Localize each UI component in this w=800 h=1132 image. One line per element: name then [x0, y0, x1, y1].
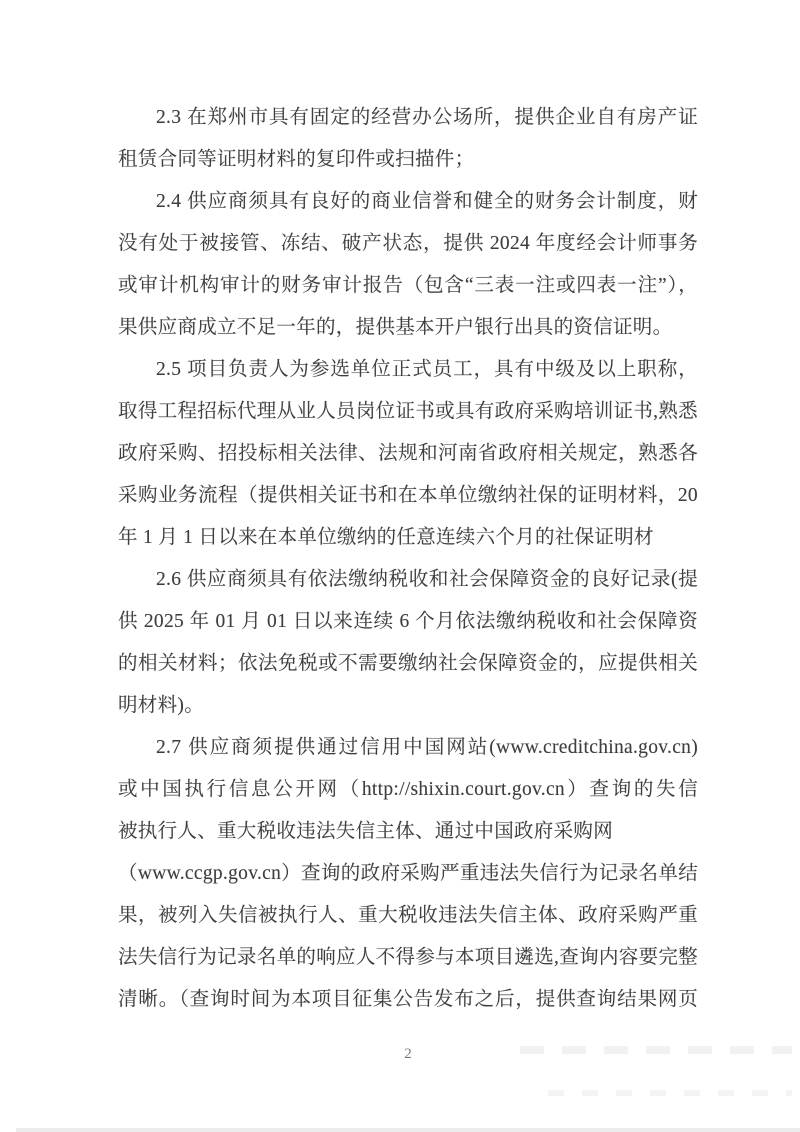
- text-line: 年 1 月 1 日以来在本单位缴纳的任意连续六个月的社保证明材料）；: [118, 517, 698, 559]
- text-line: 法失信行为记录名单的响应人不得参与本项目遴选,查询内容要完整: [118, 937, 698, 979]
- text-line: 租赁合同等证明材料的复印件或扫描件；: [118, 139, 698, 181]
- paragraph: 2.5 项目负责人为参选单位正式员工，具有中级及以上职称，须取得工程招标代理从业…: [118, 349, 698, 559]
- document-page: 2.3 在郑州市具有固定的经营办公场所，提供企业自有房产证或租赁合同等证明材料的…: [0, 0, 800, 1132]
- text-line: 2.7 供应商须提供通过信用中国网站(www.creditchina.gov.c…: [118, 727, 698, 769]
- text-line: 供 2025 年 01 月 01 日以来连续 6 个月依法缴纳税收和社会保障资金: [118, 601, 698, 643]
- text-line: 2.6 供应商须具有依法缴纳税收和社会保障资金的良好记录(提: [118, 559, 698, 601]
- text-line: 政府采购、招投标相关法律、法规和河南省政府相关规定，熟悉各项: [118, 433, 698, 475]
- text-line: 被执行人、重大税收违法失信主体、通过中国政府采购网: [118, 811, 698, 853]
- scan-artifact: [548, 1090, 792, 1096]
- text-line: 2.3 在郑州市具有固定的经营办公场所，提供企业自有房产证或: [118, 97, 698, 139]
- scan-artifact: [16, 1128, 800, 1132]
- text-line: 2.5 项目负责人为参选单位正式员工，具有中级及以上职称，须: [118, 349, 698, 391]
- text-line: 取得工程招标代理从业人员岗位证书或具有政府采购培训证书,熟悉: [118, 391, 698, 433]
- paragraph: 2.7 供应商须提供通过信用中国网站(www.creditchina.gov.c…: [118, 727, 698, 1021]
- text-line: 清晰。（查询时间为本项目征集公告发布之后，提供查询结果网页打: [118, 979, 698, 1021]
- paragraph: 2.3 在郑州市具有固定的经营办公场所，提供企业自有房产证或租赁合同等证明材料的…: [118, 97, 698, 181]
- text-line: 的相关材料；依法免税或不需要缴纳社会保障资金的，应提供相关证: [118, 643, 698, 685]
- paragraph: 2.6 供应商须具有依法缴纳税收和社会保障资金的良好记录(提供 2025 年 0…: [118, 559, 698, 727]
- text-line: 果供应商成立不足一年的，提供基本开户银行出具的资信证明。: [118, 307, 698, 349]
- scan-artifact: [520, 1046, 792, 1054]
- document-body: 2.3 在郑州市具有固定的经营办公场所，提供企业自有房产证或租赁合同等证明材料的…: [118, 97, 698, 1021]
- paragraph: 2.4 供应商须具有良好的商业信誉和健全的财务会计制度，财务没有处于被接管、冻结…: [118, 181, 698, 349]
- text-line: 或中国执行信息公开网（http://shixin.court.gov.cn）查询…: [118, 769, 698, 811]
- text-line: 采购业务流程（提供相关证书和在本单位缴纳社保的证明材料，2025: [118, 475, 698, 517]
- text-line: 没有处于被接管、冻结、破产状态，提供 2024 年度经会计师事务所: [118, 223, 698, 265]
- text-line: （www.ccgp.gov.cn）查询的政府采购严重违法失信行为记录名单结: [118, 853, 698, 895]
- text-line: 明材料)。: [118, 685, 698, 727]
- text-line: 或审计机构审计的财务审计报告（包含“三表一注或四表一注”），如: [118, 265, 698, 307]
- text-line: 果，被列入失信被执行人、重大税收违法失信主体、政府采购严重违: [118, 895, 698, 937]
- text-line: 2.4 供应商须具有良好的商业信誉和健全的财务会计制度，财务: [118, 181, 698, 223]
